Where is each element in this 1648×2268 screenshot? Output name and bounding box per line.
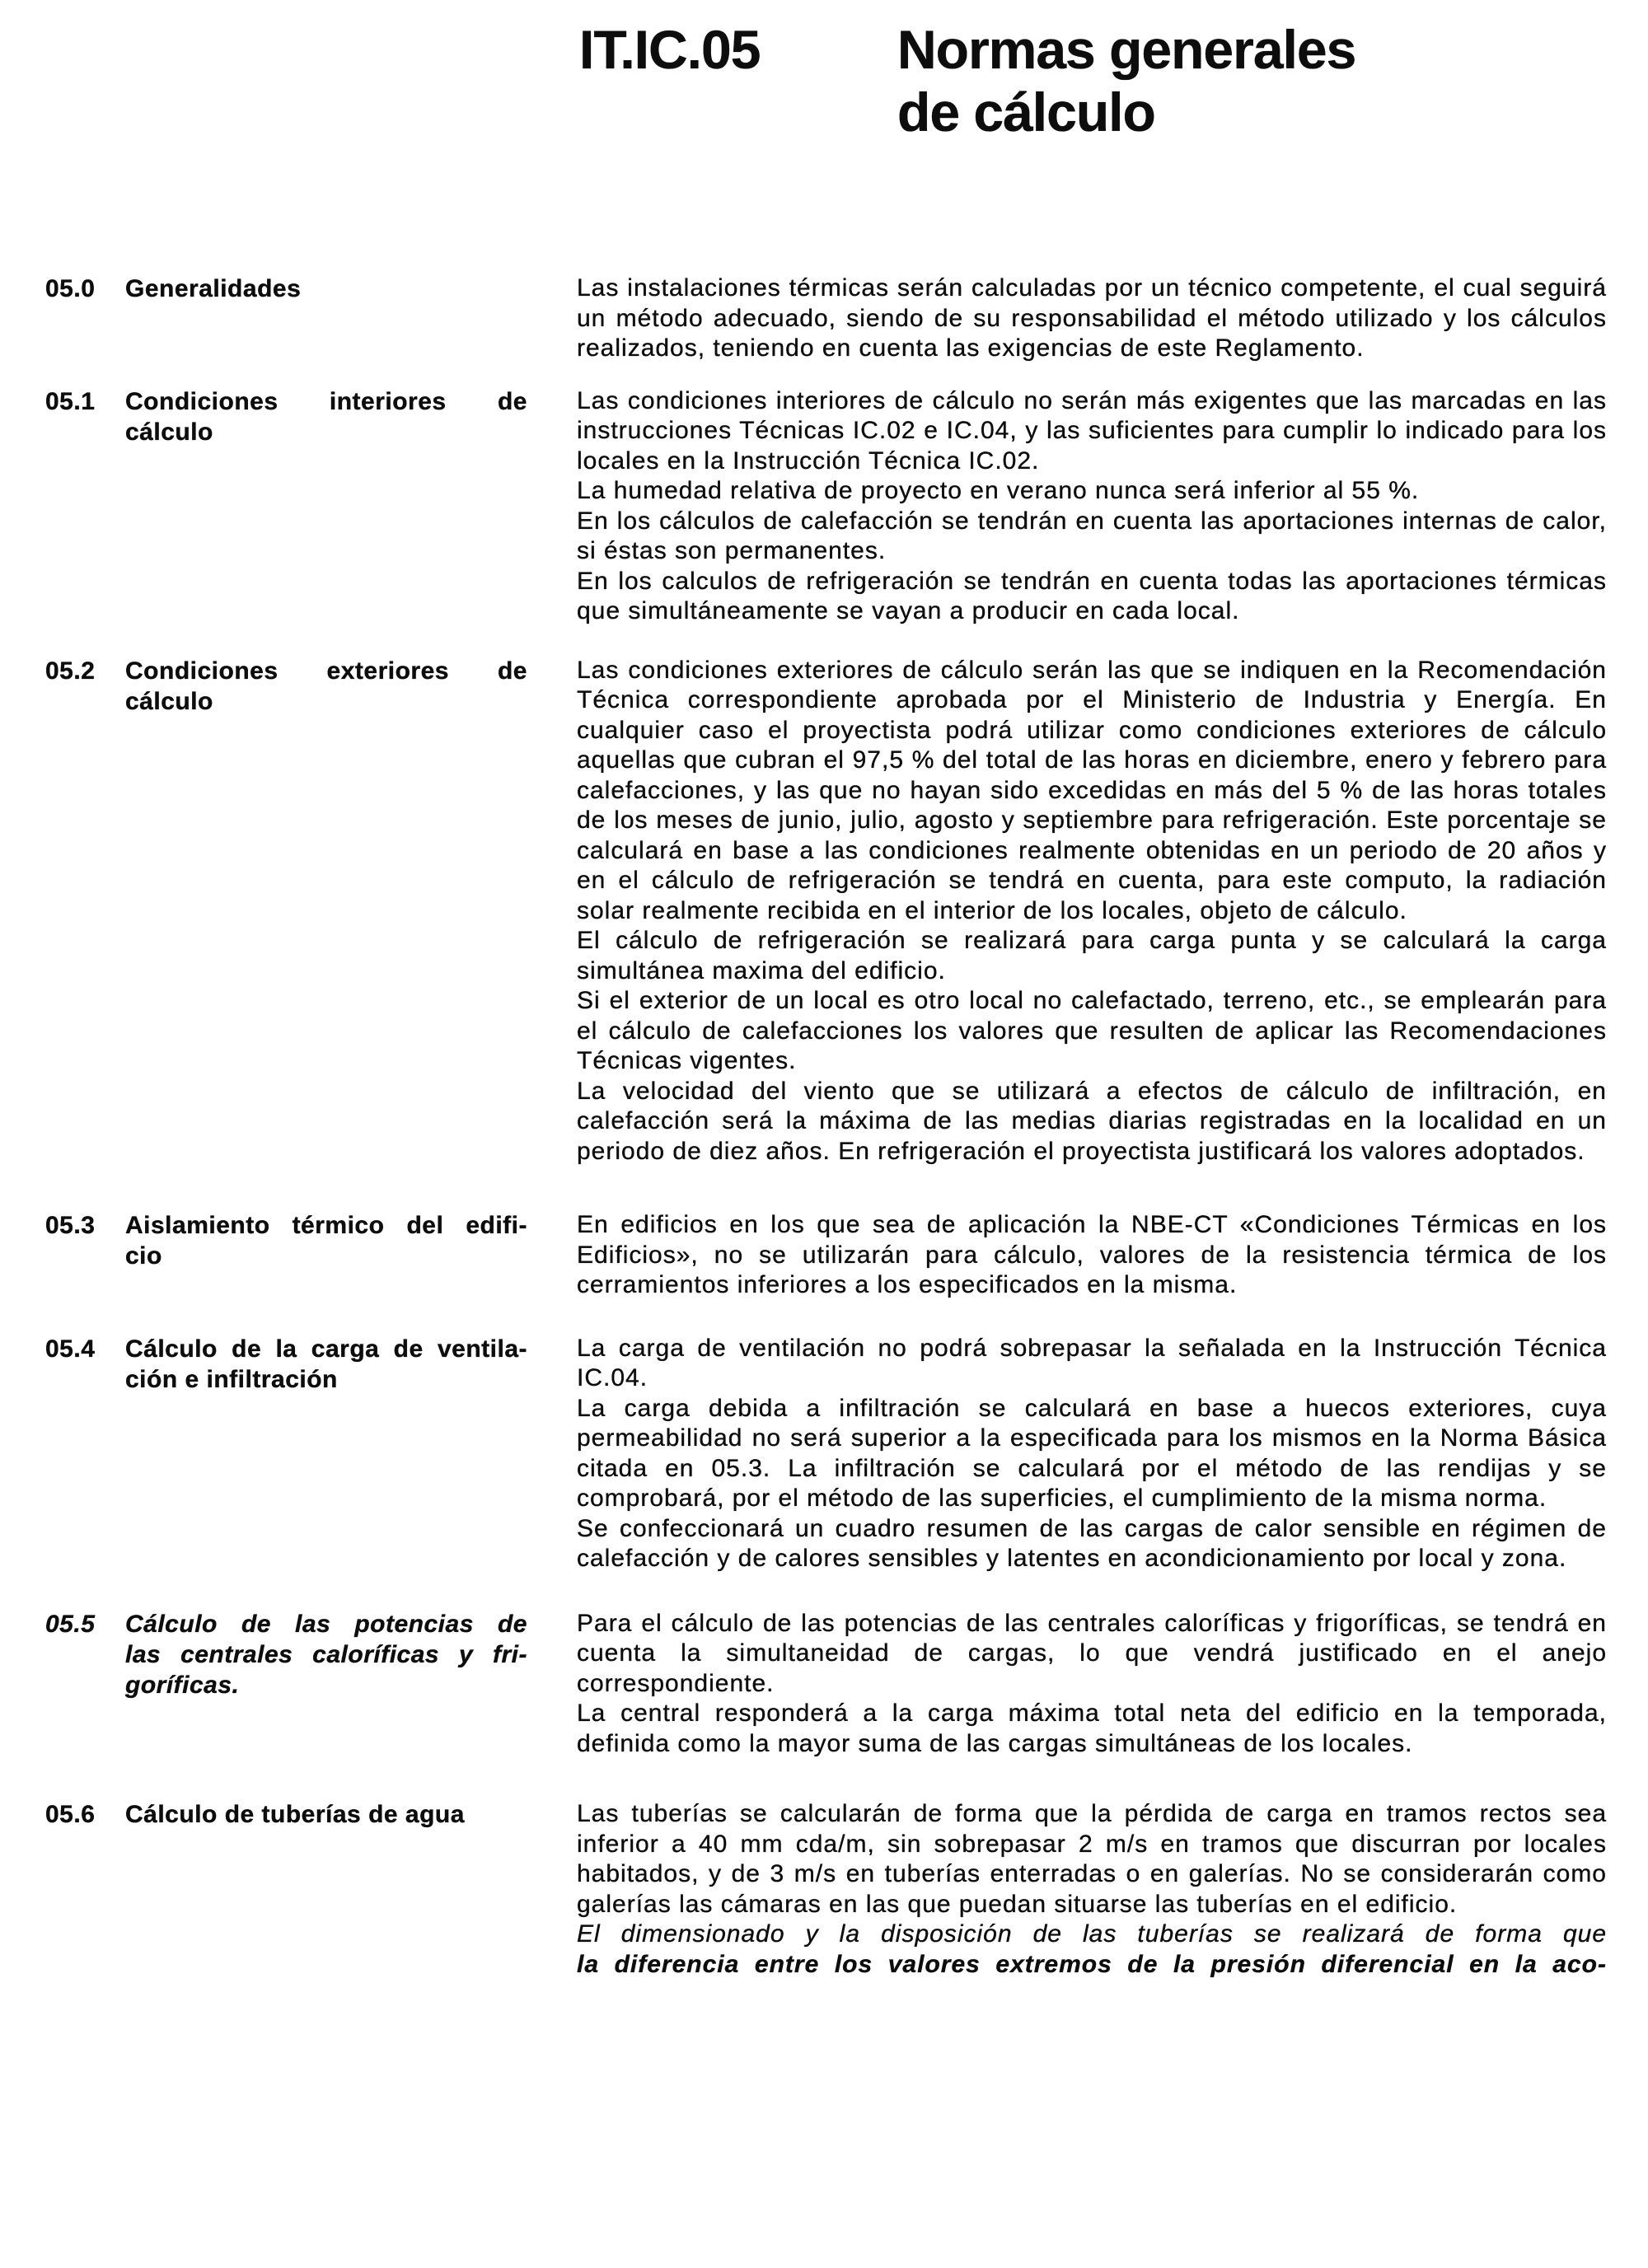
section-number: 05.1 <box>45 386 125 447</box>
section-05-4: 05.4 Cálculo de la carga de ventila- ció… <box>45 1334 1607 1574</box>
paragraph: En los cálculos de calefacción se tendrá… <box>577 507 1607 567</box>
document-header: IT.IC.05 Normas generales de cálculo <box>579 18 1607 143</box>
section-text-05-1: Las condiciones interiores de cálculo no… <box>577 386 1607 627</box>
paragraph: La carga debida a infiltración se calcul… <box>577 1394 1607 1514</box>
page-title: Normas generales de cálculo <box>897 18 1355 143</box>
section-number: 05.2 <box>45 656 125 717</box>
paragraph: Las tuberías se calcularán de forma que … <box>577 1799 1607 1920</box>
section-title: Cálculo de la carga de ventila- ción e i… <box>125 1334 527 1395</box>
section-05-6: 05.6 Cálculo de tuberías de agua Las tub… <box>45 1799 1607 1980</box>
section-title: Generalidades <box>125 274 527 304</box>
cutoff-line: El dimensionado y la disposición de las … <box>577 1920 1607 1950</box>
section-heading-05-0: 05.0 Generalidades <box>45 274 577 304</box>
section-heading-05-2: 05.2 Condiciones exteriores de cálculo <box>45 656 577 717</box>
section-05-2: 05.2 Condiciones exteriores de cálculo L… <box>45 656 1607 1167</box>
title-line-2: de cálculo <box>897 81 1355 143</box>
section-title: Condiciones interiores de cálculo <box>125 386 527 447</box>
paragraph: En edificios en los que sea de aplicació… <box>577 1210 1607 1301</box>
document-page: IT.IC.05 Normas generales de cálculo 05.… <box>0 0 1648 2268</box>
section-05-3: 05.3 Aislamiento térmico del edifi- cio … <box>45 1210 1607 1301</box>
section-text-05-6: Las tuberías se calcularán de forma que … <box>577 1799 1607 1980</box>
section-heading-05-5: 05.5 Cálculo de las potencias de las cen… <box>45 1609 577 1700</box>
cutoff-line: la diferencia entre los valores extremos… <box>577 1950 1607 1980</box>
paragraph: Para el cálculo de las potencias de las … <box>577 1609 1607 1700</box>
section-05-1: 05.1 Condiciones interiores de cálculo L… <box>45 386 1607 627</box>
paragraph: Las condiciones exteriores de cálculo se… <box>577 656 1607 927</box>
section-title: Cálculo de tuberías de agua <box>125 1799 527 1830</box>
section-title: Cálculo de las potencias de las centrale… <box>125 1609 527 1700</box>
section-05-0: 05.0 Generalidades Las instalaciones tér… <box>45 274 1607 364</box>
document-body: 05.0 Generalidades Las instalaciones tér… <box>45 274 1607 1980</box>
paragraph: La velocidad del viento que se utilizará… <box>577 1077 1607 1167</box>
paragraph: Si el exterior de un local es otro local… <box>577 986 1607 1077</box>
section-text-05-3: En edificios en los que sea de aplicació… <box>577 1210 1607 1301</box>
paragraph: La central responderá a la carga máxima … <box>577 1699 1607 1759</box>
section-heading-05-6: 05.6 Cálculo de tuberías de agua <box>45 1799 577 1830</box>
section-text-05-0: Las instalaciones térmicas serán calcula… <box>577 274 1607 364</box>
section-heading-05-4: 05.4 Cálculo de la carga de ventila- ció… <box>45 1334 577 1395</box>
section-number: 05.3 <box>45 1210 125 1271</box>
section-text-05-4: La carga de ventilación no podrá sobrepa… <box>577 1334 1607 1574</box>
section-title: Condiciones exteriores de cálculo <box>125 656 527 717</box>
section-05-5: 05.5 Cálculo de las potencias de las cen… <box>45 1609 1607 1760</box>
section-title: Aislamiento térmico del edifi- cio <box>125 1210 527 1271</box>
section-number: 05.6 <box>45 1799 125 1830</box>
paragraph: El cálculo de refrigeración se realizará… <box>577 926 1607 986</box>
paragraph: En los calculos de refrigeración se tend… <box>577 567 1607 627</box>
paragraph: Se confeccionará un cuadro resumen de la… <box>577 1514 1607 1574</box>
section-heading-05-3: 05.3 Aislamiento térmico del edifi- cio <box>45 1210 577 1271</box>
section-text-05-5: Para el cálculo de las potencias de las … <box>577 1609 1607 1760</box>
section-number: 05.0 <box>45 274 125 304</box>
section-number: 05.4 <box>45 1334 125 1395</box>
paragraph: Las instalaciones térmicas serán calcula… <box>577 274 1607 364</box>
section-text-05-2: Las condiciones exteriores de cálculo se… <box>577 656 1607 1167</box>
title-line-1: Normas generales <box>897 18 1355 81</box>
section-number: 05.5 <box>45 1609 125 1700</box>
paragraph: La carga de ventilación no podrá sobrepa… <box>577 1334 1607 1394</box>
document-code: IT.IC.05 <box>579 18 817 143</box>
paragraph: Las condiciones interiores de cálculo no… <box>577 386 1607 477</box>
paragraph: La humedad relativa de proyecto en veran… <box>577 476 1607 507</box>
section-heading-05-1: 05.1 Condiciones interiores de cálculo <box>45 386 577 447</box>
